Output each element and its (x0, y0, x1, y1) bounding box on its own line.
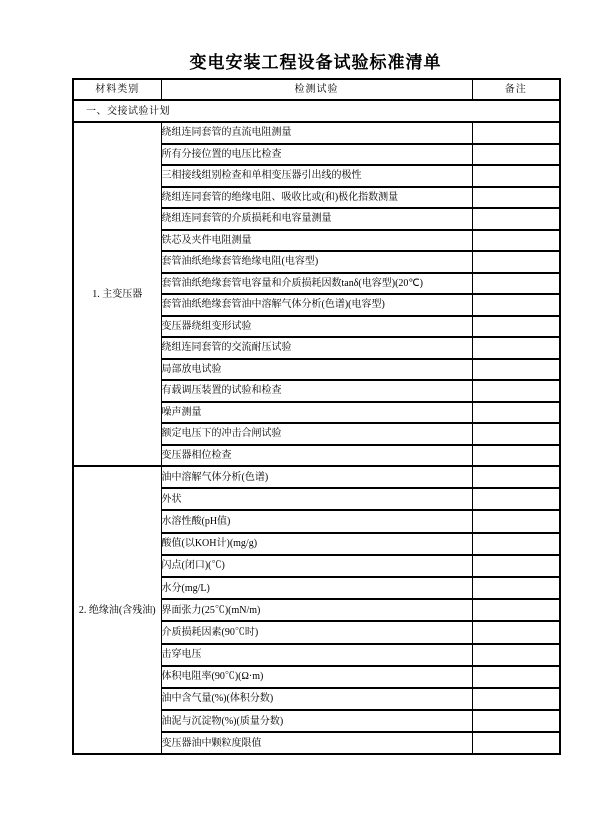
test-cell: 变压器油中颗粒度限值 (161, 732, 472, 754)
table-header: 材料类别 检测试验 备注 (73, 79, 560, 100)
test-cell: 绕组连同套管的介质损耗和电容量测量 (161, 208, 472, 230)
remark-cell (472, 165, 560, 187)
test-cell: 水分(mg/L) (161, 577, 472, 599)
test-cell: 水溶性酸(pH值) (161, 510, 472, 532)
test-standard-table: 材料类别 检测试验 备注 一、交接试验计划 1. 主变压器绕组连同套管的直流电阻… (72, 78, 561, 755)
remark-cell (472, 402, 560, 424)
test-cell: 三相接线组别检查和单相变压器引出线的极性 (161, 165, 472, 187)
group-1: 1. 主变压器绕组连同套管的直流电阻测量所有分接位置的电压比检查三相接线组别检查… (73, 122, 560, 466)
remark-cell (472, 316, 560, 338)
test-cell: 套管油纸绝缘套管绝缘电阻(电容型) (161, 251, 472, 273)
test-cell: 局部放电试验 (161, 359, 472, 381)
test-cell: 体积电阻率(90℃)(Ω·m) (161, 666, 472, 688)
test-cell: 油中溶解气体分析(色谱) (161, 466, 472, 488)
remark-cell (472, 445, 560, 467)
remark-cell (472, 533, 560, 555)
remark-cell (472, 144, 560, 166)
remark-cell (472, 510, 560, 532)
test-cell: 额定电压下的冲击合闸试验 (161, 423, 472, 445)
remark-cell (472, 488, 560, 510)
test-cell: 绕组连同套管的绝缘电阻、吸收比或(和)极化指数测量 (161, 187, 472, 209)
remark-cell (472, 230, 560, 252)
remark-cell (472, 294, 560, 316)
remark-cell (472, 122, 560, 144)
remark-cell (472, 337, 560, 359)
section-band: 一、交接试验计划 (73, 100, 560, 122)
test-cell: 油中含气量(%)(体积分数) (161, 688, 472, 710)
remark-cell (472, 208, 560, 230)
remark-cell (472, 380, 560, 402)
remark-cell (472, 621, 560, 643)
table-row: 2. 绝缘油(含残油)油中溶解气体分析(色谱) (73, 466, 560, 488)
test-cell: 铁芯及夹件电阻测量 (161, 230, 472, 252)
test-cell: 变压器相位检查 (161, 445, 472, 467)
remark-cell (472, 732, 560, 754)
test-cell: 酸值(以KOH计)(mg/g) (161, 533, 472, 555)
table-row: 1. 主变压器绕组连同套管的直流电阻测量 (73, 122, 560, 144)
remark-cell (472, 423, 560, 445)
test-cell: 套管油纸绝缘套管电容量和介质损耗因数tanδ(电容型)(20℃) (161, 273, 472, 295)
remark-cell (472, 599, 560, 621)
test-cell: 油泥与沉淀物(%)(质量分数) (161, 710, 472, 732)
test-cell: 界面张力(25℃)(mN/m) (161, 599, 472, 621)
test-cell: 介质损耗因素(90℃时) (161, 621, 472, 643)
remark-cell (472, 555, 560, 577)
header-row: 材料类别 检测试验 备注 (73, 79, 560, 100)
remark-cell (472, 251, 560, 273)
remark-cell (472, 187, 560, 209)
document-page: 变电安装工程设备试验标准清单 材料类别 检测试验 备注 一、交接试验计划 1. … (0, 0, 590, 835)
group-2: 2. 绝缘油(含残油)油中溶解气体分析(色谱)外状水溶性酸(pH值)酸值(以KO… (73, 466, 560, 754)
test-cell: 击穿电压 (161, 644, 472, 666)
section-heading: 一、交接试验计划 (73, 100, 560, 122)
test-cell: 套管油纸绝缘套管油中溶解气体分析(色谱)(电容型) (161, 294, 472, 316)
test-cell: 所有分接位置的电压比检查 (161, 144, 472, 166)
header-material-category: 材料类别 (73, 79, 161, 100)
category-cell: 1. 主变压器 (73, 122, 161, 466)
header-test-item: 检测试验 (161, 79, 472, 100)
test-cell: 噪声测量 (161, 402, 472, 424)
remark-cell (472, 688, 560, 710)
remark-cell (472, 577, 560, 599)
test-cell: 有载调压装置的试验和检查 (161, 380, 472, 402)
remark-cell (472, 273, 560, 295)
test-cell: 变压器绕组变形试验 (161, 316, 472, 338)
category-cell: 2. 绝缘油(含残油) (73, 466, 161, 754)
remark-cell (472, 710, 560, 732)
header-remark: 备注 (472, 79, 560, 100)
remark-cell (472, 644, 560, 666)
page-title: 变电安装工程设备试验标准清单 (72, 48, 559, 73)
remark-cell (472, 466, 560, 488)
test-cell: 外状 (161, 488, 472, 510)
remark-cell (472, 666, 560, 688)
section-heading-row: 一、交接试验计划 (73, 100, 560, 122)
test-cell: 绕组连同套管的直流电阻测量 (161, 122, 472, 144)
remark-cell (472, 359, 560, 381)
test-cell: 绕组连同套管的交流耐压试验 (161, 337, 472, 359)
test-cell: 闪点(闭口)(℃) (161, 555, 472, 577)
